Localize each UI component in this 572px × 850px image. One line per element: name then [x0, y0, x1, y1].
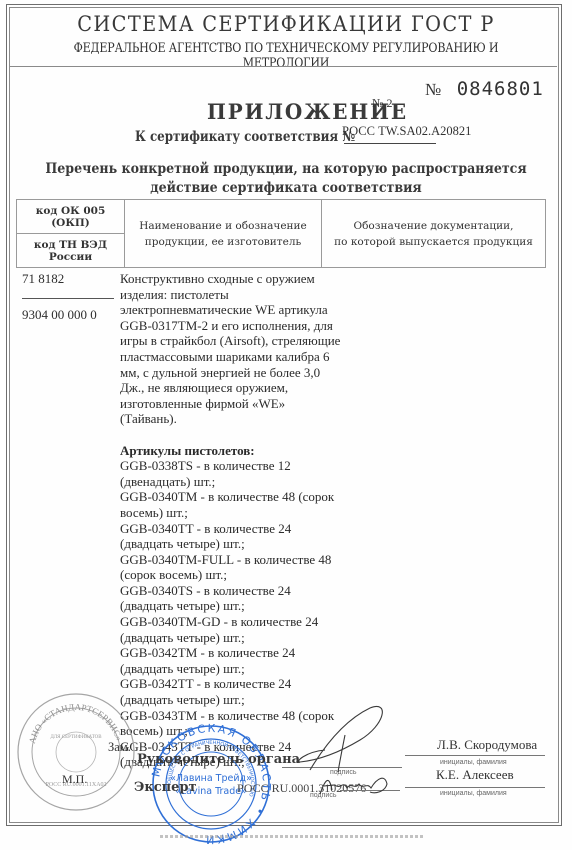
article-item: GGB-0342TM - в количестве 24 (двадцать ч…: [120, 645, 350, 676]
header-name-line-2: продукции, ее изготовитель: [126, 234, 320, 250]
appendix-number: № 2: [372, 96, 392, 111]
articles-list: GGB-0338TS - в количестве 12 (двенадцать…: [120, 458, 350, 770]
head-signature-line: [282, 767, 402, 768]
article-item: GGB-0343TM - в количестве 48 (сорок восе…: [120, 708, 350, 739]
header-documentation: Обозначение документации, по которой вып…: [322, 200, 546, 268]
system-title: СИСТЕМА СЕРТИФИКАЦИИ ГОСТ Р: [23, 12, 549, 36]
certificate-number-line: [344, 143, 436, 144]
expert-signature-line: [340, 790, 400, 791]
header-doc-line-2: по которой выпускается продукция: [323, 234, 544, 250]
header-doc-line-1: Обозначение документации,: [323, 218, 544, 234]
head-name-line: [405, 755, 545, 756]
article-item: GGB-0340TM - в количестве 48 (сорок восе…: [120, 489, 350, 520]
code-okp-value: 71 8182: [22, 271, 64, 287]
article-item: GGB-0338TS - в количестве 12 (двенадцать…: [120, 458, 350, 489]
code-divider: [22, 298, 114, 299]
article-item: GGB-0340TM-FULL - в количестве 48 (сорок…: [120, 552, 350, 583]
article-item: GGB-0342TT - в количестве 24 (двадцать ч…: [120, 676, 350, 707]
product-list-heading: Перечень конкретной продукции, на котору…: [0, 160, 572, 198]
article-item: GGB-0340TM-GD - в количестве 24 (двадцат…: [120, 614, 350, 645]
seal-place-label: М.П.: [62, 772, 87, 787]
head-name: Л.В. Скородумова: [437, 737, 537, 753]
header-divider: [10, 66, 557, 67]
product-table-header: код ОК 005 (ОКП) Наименование и обозначе…: [16, 199, 546, 268]
header-code-okp: код ОК 005 (ОКП): [17, 200, 125, 234]
heading-line-2: действие сертификата соответствия: [29, 179, 544, 198]
deputy-label: Зам.: [108, 740, 131, 755]
head-signature-caption: подпись: [330, 769, 356, 776]
expert-initials-caption: инициалы, фамилия: [440, 790, 507, 797]
to-certificate-label: К сертификату соответствия №: [135, 129, 355, 145]
article-item: GGB-0340TT - в количестве 24 (двадцать ч…: [120, 521, 350, 552]
expert-label: Эксперт: [134, 780, 197, 795]
article-item: GGB-0340TS - в количестве 24 (двадцать ч…: [120, 583, 350, 614]
heading-line-1: Перечень конкретной продукции, на котору…: [29, 160, 544, 179]
form-number-value: 0846801: [457, 78, 544, 100]
header-code-tn-ved: код ТН ВЭД России: [17, 234, 125, 268]
certificate-code: РОСС TW.SA02.A20821: [342, 124, 471, 139]
product-description: Конструктивно сходные с оружием изделия:…: [120, 271, 350, 427]
head-initials-caption: инициалы, фамилия: [440, 759, 507, 766]
expert-code: РОСС RU.0001.31020576: [237, 781, 366, 796]
printer-footer-text: [160, 835, 425, 838]
expert-name: К.Е. Алексеев: [436, 767, 514, 783]
articles-heading: Артикулы пистолетов:: [120, 443, 350, 459]
header-product-name: Наименование и обозначение продукции, ее…: [125, 200, 322, 268]
product-description-block: Конструктивно сходные с оружием изделия:…: [120, 271, 350, 770]
head-of-body-label: Руководитель органа: [137, 752, 300, 767]
expert-name-line: [405, 787, 545, 788]
form-number: № 0846801: [425, 78, 544, 100]
expert-signature-caption: подпись: [310, 792, 336, 799]
code-tn-ved-value: 9304 00 000 0: [22, 307, 97, 323]
number-symbol: №: [425, 80, 442, 99]
header-name-line-1: Наименование и обозначение: [126, 218, 320, 234]
